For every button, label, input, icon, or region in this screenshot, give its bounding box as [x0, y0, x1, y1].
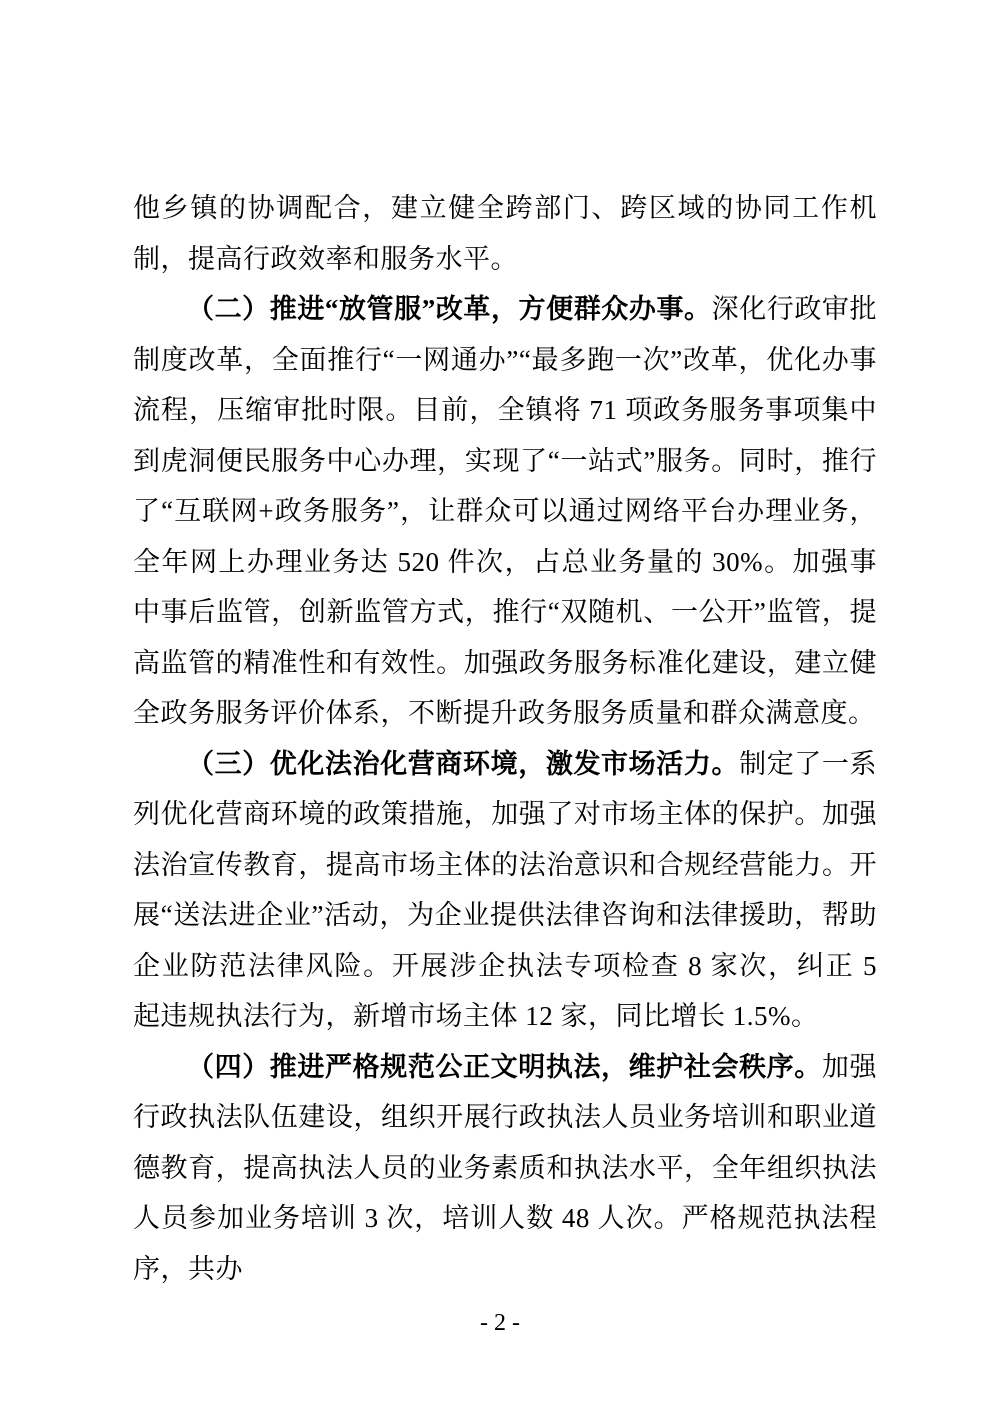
paragraph-continuation: 他乡镇的协调配合，建立健全跨部门、跨区域的协同工作机制，提高行政效率和服务水平。 [133, 183, 877, 284]
paragraph-body: 他乡镇的协调配合，建立健全跨部门、跨区域的协同工作机制，提高行政效率和服务水平。 [133, 193, 877, 274]
paragraph-body: 深化行政审批制度改革，全面推行“一网通办”“最多跑一次”改革，优化办事流程，压缩… [133, 294, 877, 728]
paragraph-body: 制定了一系列优化营商环境的政策措施，加强了对市场主体的保护。加强法治宣传教育，提… [133, 749, 877, 1032]
paragraph-body: 加强行政执法队伍建设，组织开展行政执法人员业务培训和职业道德教育，提高执法人员的… [133, 1052, 877, 1284]
paragraph-section-2: （二）推进“放管服”改革，方便群众办事。深化行政审批制度改革，全面推行“一网通办… [133, 284, 877, 739]
page-number: - 2 - [0, 1308, 1000, 1338]
section-heading-3: （三）优化法治化营商环境，激发市场活力。 [187, 749, 739, 779]
section-heading-2: （二）推进“放管服”改革，方便群众办事。 [187, 294, 712, 324]
section-heading-4: （四）推进严格规范公正文明执法，维护社会秩序。 [187, 1052, 822, 1082]
paragraph-section-3: （三）优化法治化营商环境，激发市场活力。制定了一系列优化营商环境的政策措施，加强… [133, 739, 877, 1042]
document-body: 他乡镇的协调配合，建立健全跨部门、跨区域的协同工作机制，提高行政效率和服务水平。… [133, 183, 877, 1294]
document-page: 他乡镇的协调配合，建立健全跨部门、跨区域的协同工作机制，提高行政效率和服务水平。… [0, 0, 1000, 1415]
paragraph-section-4: （四）推进严格规范公正文明执法，维护社会秩序。加强行政执法队伍建设，组织开展行政… [133, 1042, 877, 1295]
